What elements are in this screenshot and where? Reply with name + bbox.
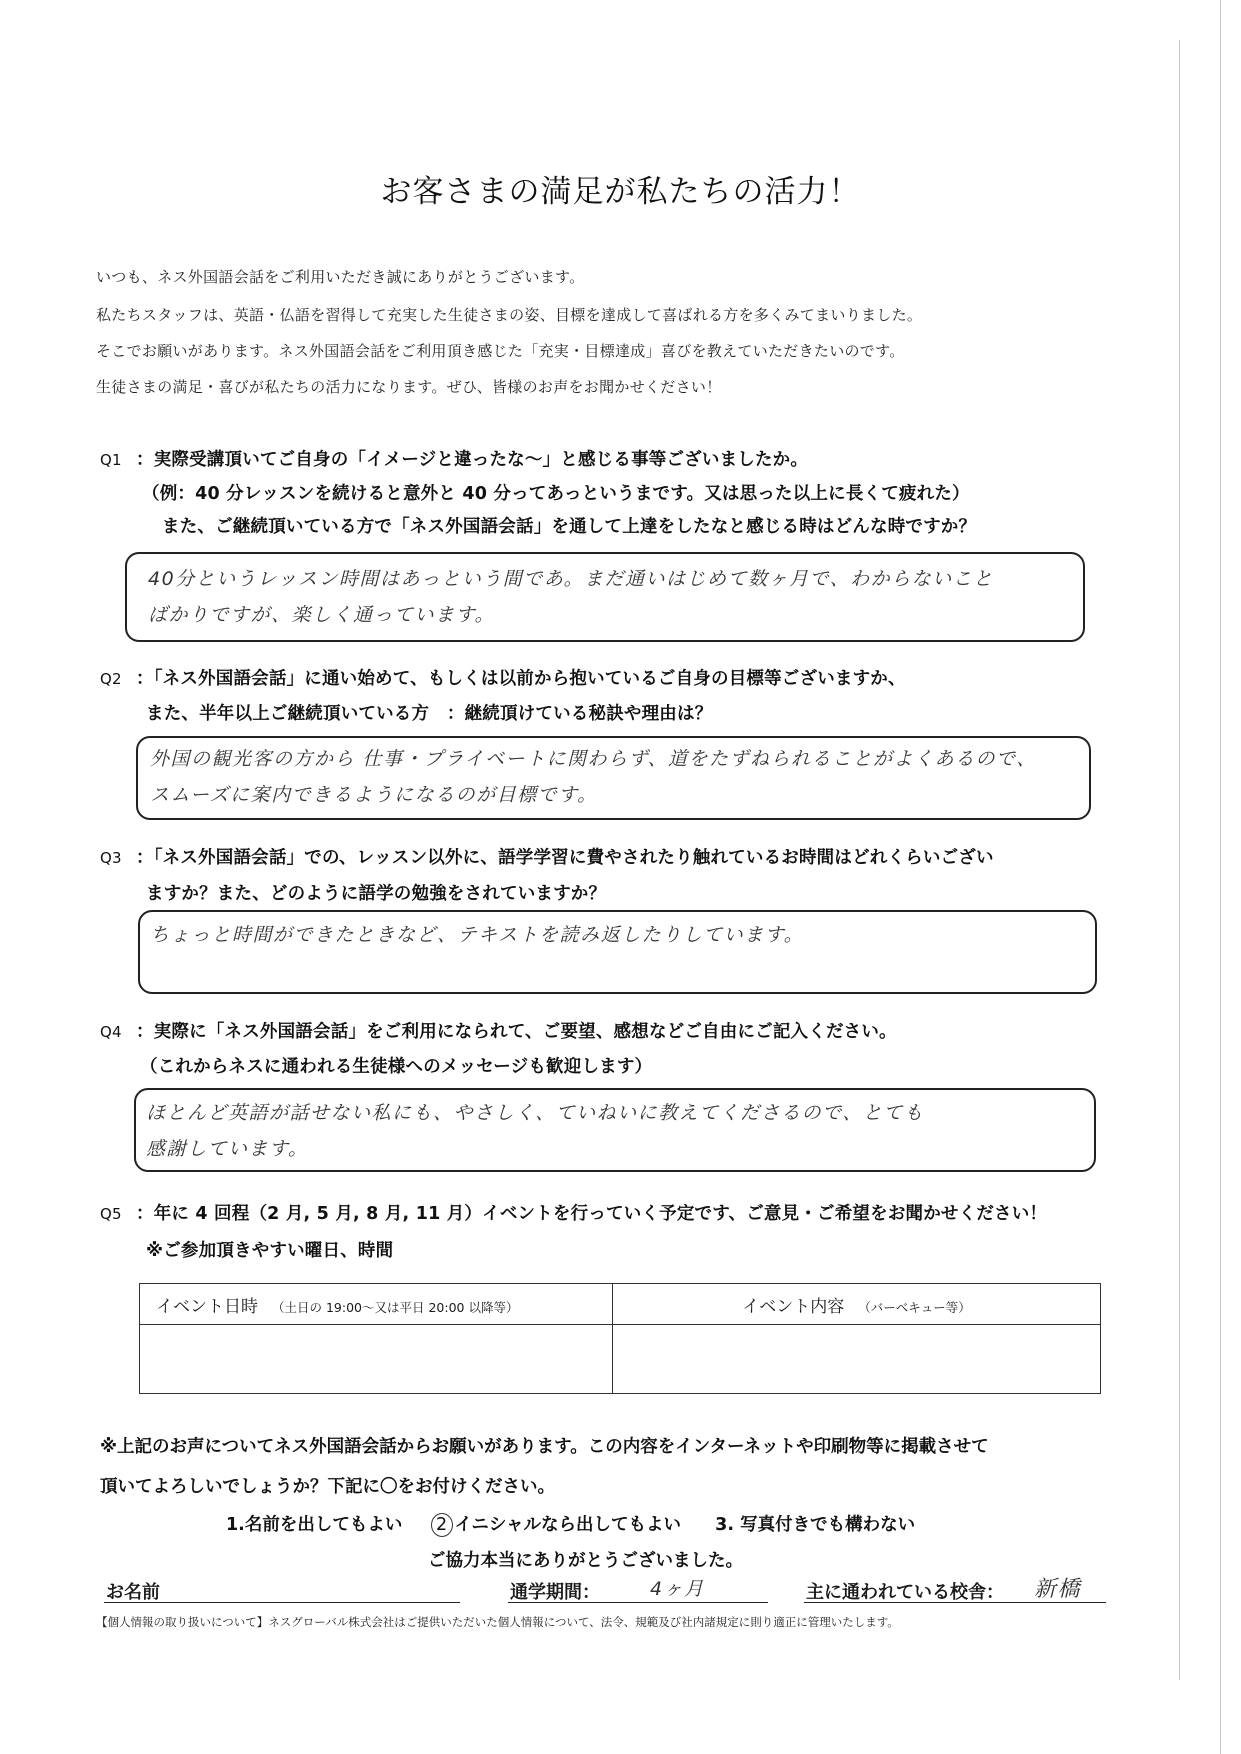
name-label: お名前 [106,1578,160,1604]
question-q2: Q2：「ネス外国語会話」に通い始めて、もしくは以前から抱いているご自身の目標等ご… [100,665,906,690]
header-label: イベント内容 [742,1297,844,1317]
question-number: Q1 [100,451,136,469]
consent-option-1[interactable]: 1.名前を出してもよい [226,1515,402,1535]
consent-option-2[interactable]: 2イニシャルなら出してもよい [431,1515,681,1535]
question-text: ：年に 4 回程（2 月, 5 月, 8 月, 11 月）イベントを行っていく予… [136,1204,1047,1224]
consent-options: 1.名前を出してもよい 2イニシャルなら出してもよい 3. 写真付きでも構わない [226,1511,915,1537]
question-number: Q2 [100,670,136,688]
school-field[interactable]: 新橋 [1034,1572,1081,1603]
question-number: Q4 [100,1023,136,1041]
answer-text: 感謝しています。 [146,1134,308,1161]
answer-text: 40分というレッスン時間はあっという間であ。まだ通いはじめて数ヶ月で、わからない… [148,564,994,591]
consent-option-3[interactable]: 3. 写真付きでも構わない [715,1515,915,1535]
thanks-text: ご協力本当にありがとうございました。 [428,1547,743,1572]
answer-text: ちょっと時間ができたときなど、テキストを読み返したりしています。 [150,920,804,947]
header-label: イベント日時 [156,1297,258,1317]
intro-line: いつも、ネス外国語会話をご利用いただき誠にありがとうございます。 [96,266,584,287]
event-content-cell[interactable] [613,1325,1101,1394]
question-q4: Q4：実際に「ネス外国語会話」をご利用になられて、ご要望、感想などご自由にご記入… [100,1018,897,1043]
question-text: ：「ネス外国語会話」に通い始めて、もしくは以前から抱いているご自身の目標等ござい… [136,669,906,689]
question-q5: Q5：年に 4 回程（2 月, 5 月, 8 月, 11 月）イベントを行ってい… [100,1200,1047,1225]
consent-text: ※上記のお声についてネス外国語会話からお願いがあります。この内容をインターネット… [100,1433,989,1458]
event-table: イベント日時（土日の 19:00～又は平日 20:00 以降等） イベント内容（… [139,1283,1101,1394]
intro-line: 生徒さまの満足・喜びが私たちの活力になります。ぜひ、皆様のお声をお聞かせください… [96,376,722,397]
header-note: （土日の 19:00～又は平日 20:00 以降等） [272,1300,518,1315]
intro-line: 私たちスタッフは、英語・仏語を習得して充実した生徒さまの姿、目標を達成して喜ばれ… [96,304,922,325]
name-underline [104,1602,460,1603]
question-text: ：実際受講頂いてご自身の「イメージと違ったな～」と感じる事等ございましたか。 [136,450,808,470]
school-label: 主に通われている校舎： [806,1578,1004,1604]
period-label: 通学期間： [510,1578,600,1604]
question-q3: Q3：「ネス外国語会話」での、レッスン以外に、語学学習に費やされたり触れているお… [100,844,994,869]
question-q1: Q1：実際受講頂いてご自身の「イメージと違ったな～」と感じる事等ございましたか。 [100,446,808,471]
period-field[interactable]: 4ヶ月 [650,1574,705,1601]
question-text: また、ご継続頂いている方で「ネス外国語会話」を通して上達をしたなと感じる時はどん… [162,513,976,538]
event-datetime-header: イベント日時（土日の 19:00～又は平日 20:00 以降等） [140,1284,613,1325]
question-text: ますか？また、どのように語学の勉強をされていますか？ [146,880,606,905]
answer-text: ばかりですが、楽しく通っています。 [148,600,495,627]
question-text: ※ご参加頂きやすい曜日、時間 [146,1237,393,1262]
answer-text: スムーズに案内できるようになるのが目標です。 [150,780,598,807]
selected-circle-mark: 2 [431,1513,453,1537]
scan-edge-line [1220,0,1221,1754]
intro-line: そこでお願いがあります。ネス外国語会話をご利用頂き感じた「充実・目標達成」喜びを… [96,340,905,361]
consent-text: 頂いてよろしいでしょうか？下記に〇をお付けください。 [100,1473,555,1498]
answer-text: 外国の観光客の方から 仕事・プライベートに関わらず、道をたずねられることがよくあ… [150,744,1037,771]
question-number: Q3 [100,849,136,867]
period-underline [508,1602,768,1603]
question-text: ：「ネス外国語会話」での、レッスン以外に、語学学習に費やされたり触れているお時間… [136,848,994,868]
privacy-note: 【個人情報の取り扱いについて】ネスグローバル株式会社はご提供いただいた個人情報に… [96,1614,899,1630]
header-note: （バーベキュー等） [858,1300,971,1315]
question-text: ：実際に「ネス外国語会話」をご利用になられて、ご要望、感想などご自由にご記入くだ… [136,1022,897,1042]
answer-text: ほとんど英語が話せない私にも、やさしく、ていねいに教えてくださるので、とても [146,1098,924,1125]
scan-edge-line [1179,40,1180,1680]
question-text: また、半年以上ご継続頂いている方 ：継続頂けている秘訣や理由は？ [146,700,712,725]
question-number: Q5 [100,1205,136,1223]
question-text: （これからネスに通われる生徒様へのメッセージも歓迎します） [140,1053,652,1078]
question-example: （例：40 分レッスンを続けると意外と 40 分ってあっというまです。又は思った… [142,480,970,505]
event-datetime-cell[interactable] [140,1325,613,1394]
page-title: お客さまの満足が私たちの活力！ [0,166,1241,211]
event-content-header: イベント内容（バーベキュー等） [613,1284,1101,1325]
